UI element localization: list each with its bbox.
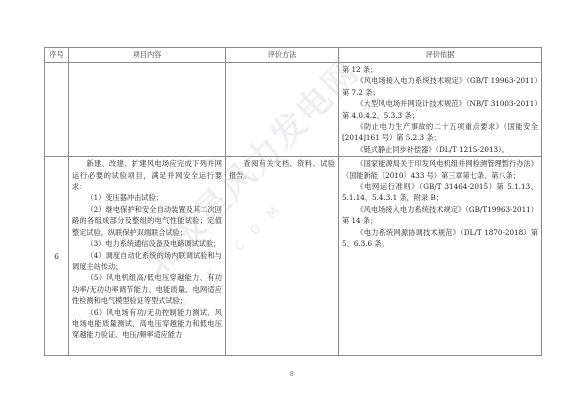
content-line: 新建、改建、扩建风电场应完成下列并网运行必要的试验项目，满足并网安全运行要求： [72,158,222,192]
content-line: （2）继电保护和安全自动装置及其二次回路的各组成部分及整组的电气性能试验；定值整… [72,204,222,238]
header-content: 项目内容 [69,48,226,63]
basis-line: 《风电场接入电力系统技术规定》（GB/T 19963-2011）第 7.2 条； [342,75,538,98]
table-row: 6 新建、改建、扩建风电场应完成下列并网运行必要的试验项目，满足并网安全运行要求… [45,157,542,356]
content-line: （1）变压器冲击试验； [72,192,222,203]
cell-content [69,63,226,157]
evaluation-table: 序号 项目内容 评价方法 评价依据 第 12 条； 《风电场接入电力系统技术规定… [44,47,542,356]
content-line: （6）风电场有功/无功控制能力测试、风电场电能质量测试、高电压穿越能力和低电压穿… [72,307,222,341]
cell-basis: 第 12 条； 《风电场接入电力系统技术规定》（GB/T 19963-2011）… [339,63,542,157]
basis-line: 《风电场接入电力系统技术规定》（GB/T19963-2011）第 14 条； [342,204,538,227]
header-basis: 评价依据 [339,48,542,63]
basis-line: 《国家能源局关于印发风电机组并网检测管理暂行办法》（国能新能〔2010〕433 … [342,158,538,181]
page-number: 8 [290,371,294,378]
basis-line: 第 12 条； [342,64,538,75]
header-number: 序号 [45,48,69,63]
method-line: 查阅有关文档、资料、试验报告。 [229,158,335,181]
table-header-row: 序号 项目内容 评价方法 评价依据 [45,48,542,63]
cell-method: 查阅有关文档、资料、试验报告。 [226,157,339,356]
content-line: （5）风电机组高/低电压穿越能力、有功功率/无功功率调节能力、电能质量、电网适应… [72,272,222,306]
table-row: 第 12 条； 《风电场接入电力系统技术规定》（GB/T 19963-2011）… [45,63,542,157]
cell-content: 新建、改建、扩建风电场应完成下列并网运行必要的试验项目，满足并网安全运行要求： … [69,157,226,356]
header-method: 评价方法 [226,48,339,63]
basis-line: 《链式静止同步补偿器》（DL/T 1215-2013）。 [342,144,538,155]
cell-number [45,63,69,157]
content-line: （3）电力系统通信设备及电路调试试验； [72,238,222,249]
basis-line: 《电网运行准则》（GB/T 31464-2015）第 5.1.13、5.1.14… [342,181,538,204]
cell-method [226,63,339,157]
basis-line: 《大型风电场并网设计技术规范》（NB/T 31003-2011）第 4.0.4.… [342,98,538,121]
basis-line: 《防止电力生产事故的二十五项重点要求》（国能安全[2014]161 号）第 5.… [342,121,538,144]
basis-line: 《电力系统网源协调技术规范》（DL/T 1870-2018）第 5、6.3.6 … [342,227,538,250]
cell-basis: 《国家能源局关于印发风电机组并网检测管理暂行办法》（国能新能〔2010〕433 … [339,157,542,356]
content-line: （4）调度自动化系统的场内联调试验和与调度主站传动； [72,250,222,273]
document-page: 序号 项目内容 评价方法 评价依据 第 12 条； 《风电场接入电力系统技术规定… [0,0,585,413]
cell-number: 6 [45,157,69,356]
